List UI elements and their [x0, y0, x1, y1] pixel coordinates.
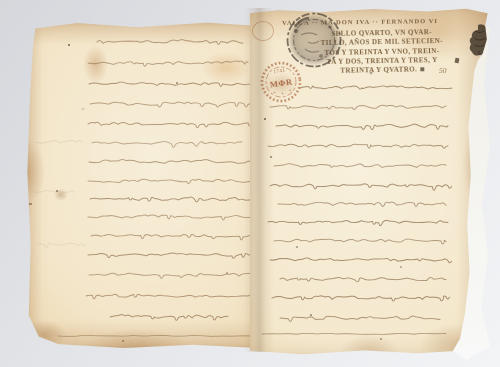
- stamp-monogram-text: MΦR: [269, 76, 293, 89]
- foxing-specks: [68, 44, 70, 46]
- right-manuscript-page: VALGA ·· MA DON IVA ·· FERNANDO VI SELLO…: [250, 8, 490, 356]
- stamp-year-text: 1741: [273, 69, 286, 76]
- red-year-stamp: 1741 MΦR: [254, 55, 308, 109]
- left-page-handwriting: [26, 22, 258, 348]
- photo-of-open-manuscript: VALGA ·· MA DON IVA ·· FERNANDO VI SELLO…: [0, 0, 500, 367]
- foxing-specks: [264, 118, 266, 120]
- margin-ink-mark: [26, 203, 32, 205]
- left-manuscript-page: [26, 22, 258, 348]
